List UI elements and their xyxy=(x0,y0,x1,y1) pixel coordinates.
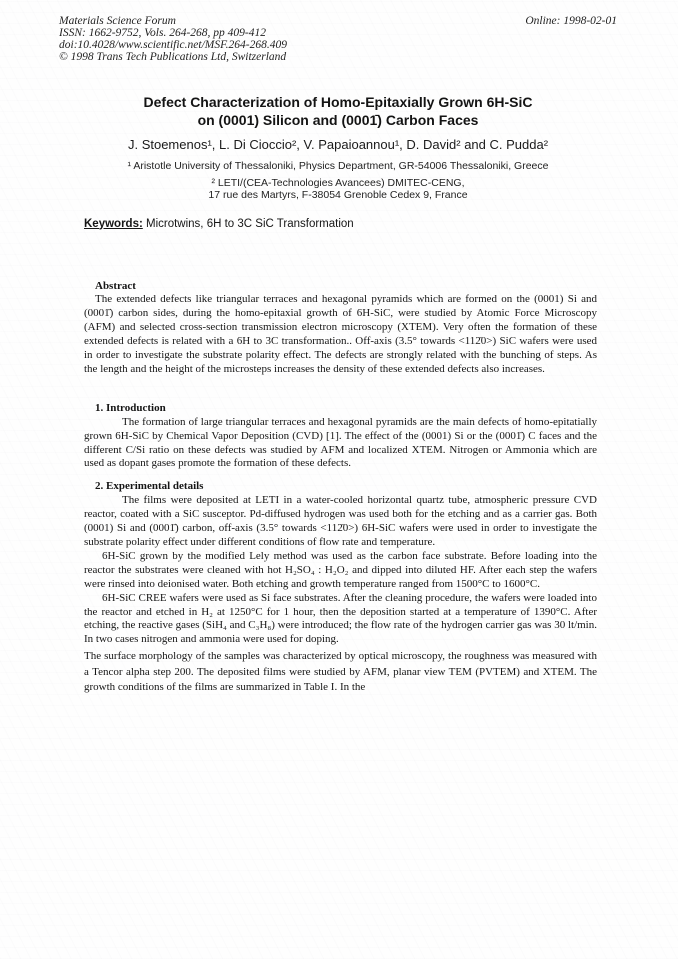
authors-line: J. Stoemenos¹, L. Di Cioccio², V. Papaio… xyxy=(59,137,617,152)
paper-title-line1: Defect Characterization of Homo-Epitaxia… xyxy=(144,94,533,110)
page-content: Materials Science Forum ISSN: 1662-9752,… xyxy=(0,0,678,696)
online-date: Online: 1998-02-01 xyxy=(525,15,617,27)
keywords-text: Microtwins, 6H to 3C SiC Transformation xyxy=(143,218,354,230)
experimental-paragraph-1: The films were deposited at LETI in a wa… xyxy=(84,494,597,550)
publication-info-block: Materials Science Forum ISSN: 1662-9752,… xyxy=(59,15,287,63)
experimental-paragraph-3: 6H-SiC CREE wafers were used as Si face … xyxy=(84,592,597,648)
journal-name: Materials Science Forum xyxy=(59,15,287,27)
section-heading-introduction: 1. Introduction xyxy=(84,402,597,416)
abstract-heading: Abstract xyxy=(84,280,597,294)
paper-title: Defect Characterization of Homo-Epitaxia… xyxy=(59,93,617,129)
experimental-paragraph-2: 6H-SiC grown by the modified Lely method… xyxy=(84,550,597,592)
affiliation-1: ¹ Aristotle University of Thessaloniki, … xyxy=(59,160,617,173)
scanned-paper-page: Materials Science Forum ISSN: 1662-9752,… xyxy=(0,0,678,959)
affiliation-2-line2: 17 rue des Martyrs, F-38054 Grenoble Ced… xyxy=(59,189,617,202)
publication-header: Materials Science Forum ISSN: 1662-9752,… xyxy=(59,15,617,63)
section-heading-experimental-details: 2. Experimental details xyxy=(84,480,597,494)
abstract-paragraph: The extended defects like triangular ter… xyxy=(84,293,597,376)
copyright-line: © 1998 Trans Tech Publications Ltd, Swit… xyxy=(59,51,287,63)
keywords-label: Keywords: xyxy=(84,218,143,230)
paper-title-line2: on (0001) Silicon and (0001̄) Carbon Fac… xyxy=(198,112,479,128)
keywords-line: Keywords: Microtwins, 6H to 3C SiC Trans… xyxy=(84,218,597,230)
affiliation-2-line1: ² LETI/(CEA-Technologies Avancees) DMITE… xyxy=(59,177,617,190)
issn-line: ISSN: 1662-9752, Vols. 264-268, pp 409-4… xyxy=(59,27,287,39)
paper-body: Abstract The extended defects like trian… xyxy=(84,280,597,697)
introduction-paragraph: The formation of large triangular terrac… xyxy=(84,416,597,472)
experimental-paragraph-4: The surface morphology of the samples wa… xyxy=(84,649,597,696)
doi-line: doi:10.4028/www.scientific.net/MSF.264-2… xyxy=(59,39,287,51)
